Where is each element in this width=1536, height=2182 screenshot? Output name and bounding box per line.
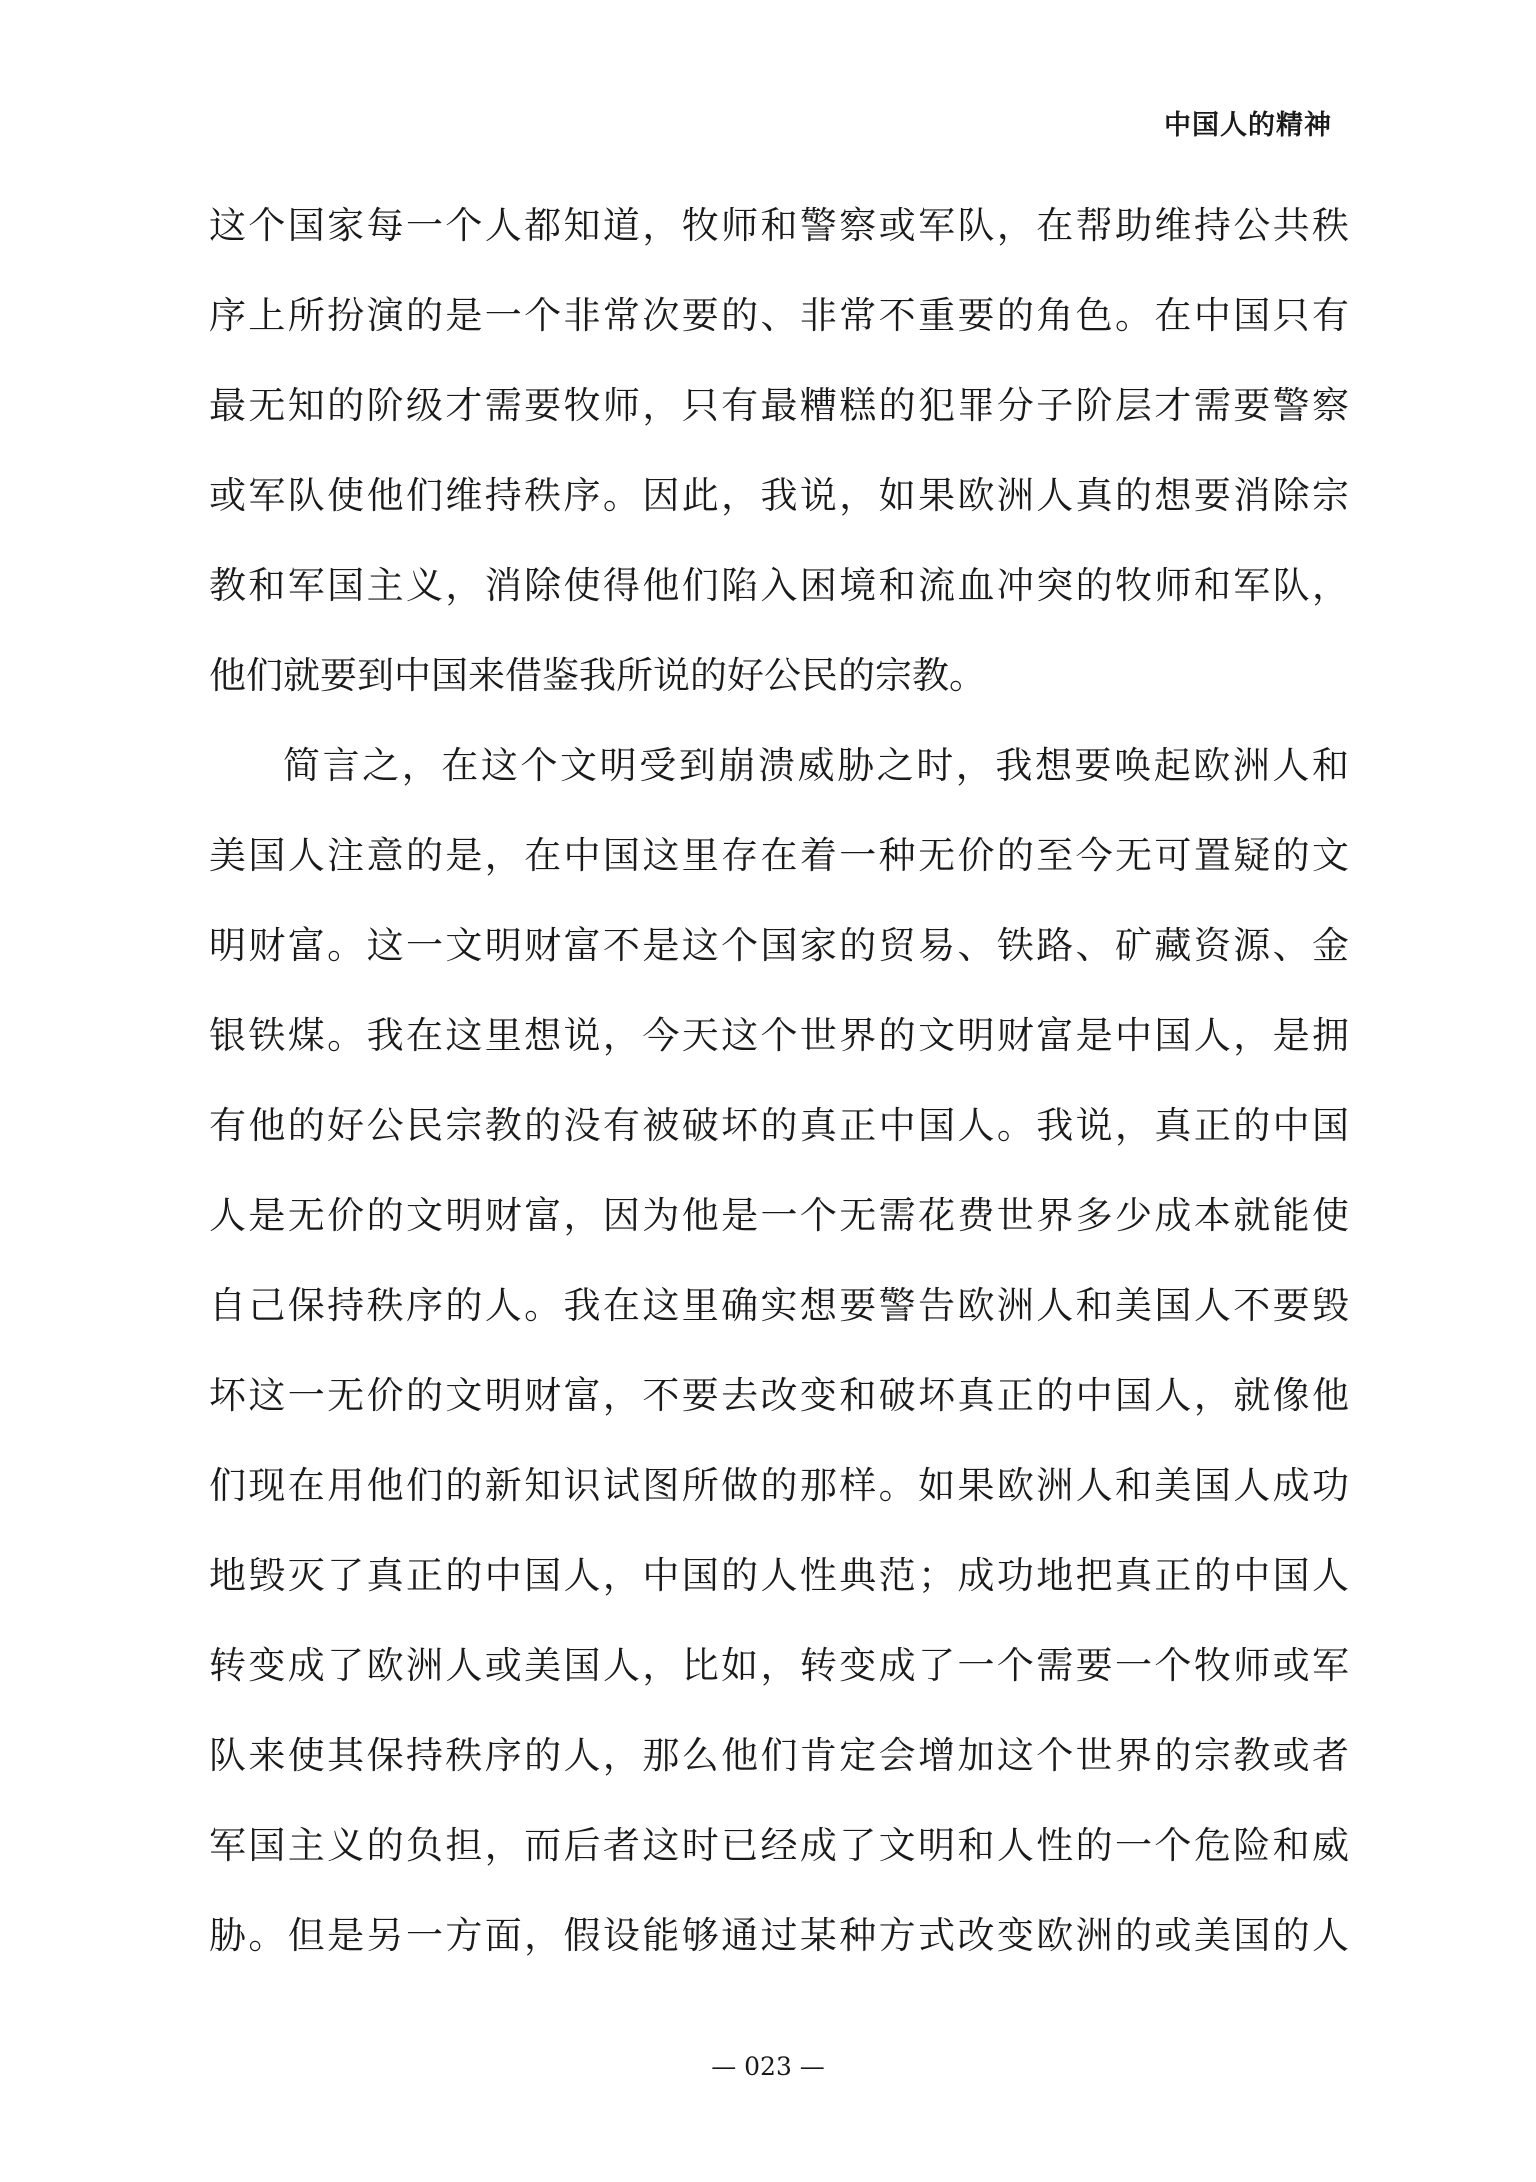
text-line: 人是无价的文明财富，因为他是一个无需花费世界多少成本就能使 [209, 1188, 1349, 1278]
text-line: 转变成了欧洲人或美国人，比如，转变成了一个需要一个牧师或军 [209, 1638, 1349, 1728]
text-line: 他们就要到中国来借鉴我所说的好公民的宗教。 [209, 648, 1349, 738]
text-line: 美国人注意的是，在中国这里存在着一种无价的至今无可置疑的文 [209, 828, 1349, 918]
paragraph-1: 这个国家每一个人都知道，牧师和警察或军队，在帮助维持公共秩 序上所扮演的是一个非… [209, 198, 1349, 738]
text-line: 军国主义的负担，而后者这时已经成了文明和人性的一个危险和威 [209, 1818, 1349, 1908]
page-number: — 023 — [0, 2052, 1536, 2081]
body-text: 这个国家每一个人都知道，牧师和警察或军队，在帮助维持公共秩 序上所扮演的是一个非… [209, 198, 1349, 1998]
text-line: 序上所扮演的是一个非常次要的、非常不重要的角色。在中国只有 [209, 288, 1349, 378]
text-line: 银铁煤。我在这里想说，今天这个世界的文明财富是中国人，是拥 [209, 1008, 1349, 1098]
text-line: 或军队使他们维持秩序。因此，我说，如果欧洲人真的想要消除宗 [209, 468, 1349, 558]
text-line: 教和军国主义，消除使得他们陷入困境和流血冲突的牧师和军队， [209, 558, 1349, 648]
paragraph-2: 简言之，在这个文明受到崩溃威胁之时，我想要唤起欧洲人和 美国人注意的是，在中国这… [209, 738, 1349, 1998]
text-line: 有他的好公民宗教的没有被破坏的真正中国人。我说，真正的中国 [209, 1098, 1349, 1188]
text-line: 坏这一无价的文明财富，不要去改变和破坏真正的中国人，就像他 [209, 1368, 1349, 1458]
text-line: 自己保持秩序的人。我在这里确实想要警告欧洲人和美国人不要毁 [209, 1278, 1349, 1368]
text-line: 简言之，在这个文明受到崩溃威胁之时，我想要唤起欧洲人和 [209, 738, 1349, 828]
running-header-title: 中国人的精神 [1164, 103, 1332, 142]
text-line: 这个国家每一个人都知道，牧师和警察或军队，在帮助维持公共秩 [209, 198, 1349, 288]
text-line: 队来使其保持秩序的人，那么他们肯定会增加这个世界的宗教或者 [209, 1728, 1349, 1818]
document-page: 中国人的精神 这个国家每一个人都知道，牧师和警察或军队，在帮助维持公共秩 序上所… [0, 0, 1536, 2182]
text-line: 胁。但是另一方面，假设能够通过某种方式改变欧洲的或美国的人 [209, 1908, 1349, 1998]
text-line: 地毁灭了真正的中国人，中国的人性典范；成功地把真正的中国人 [209, 1548, 1349, 1638]
text-line: 明财富。这一文明财富不是这个国家的贸易、铁路、矿藏资源、金 [209, 918, 1349, 1008]
text-line: 最无知的阶级才需要牧师，只有最糟糕的犯罪分子阶层才需要警察 [209, 378, 1349, 468]
text-line: 们现在用他们的新知识试图所做的那样。如果欧洲人和美国人成功 [209, 1458, 1349, 1548]
